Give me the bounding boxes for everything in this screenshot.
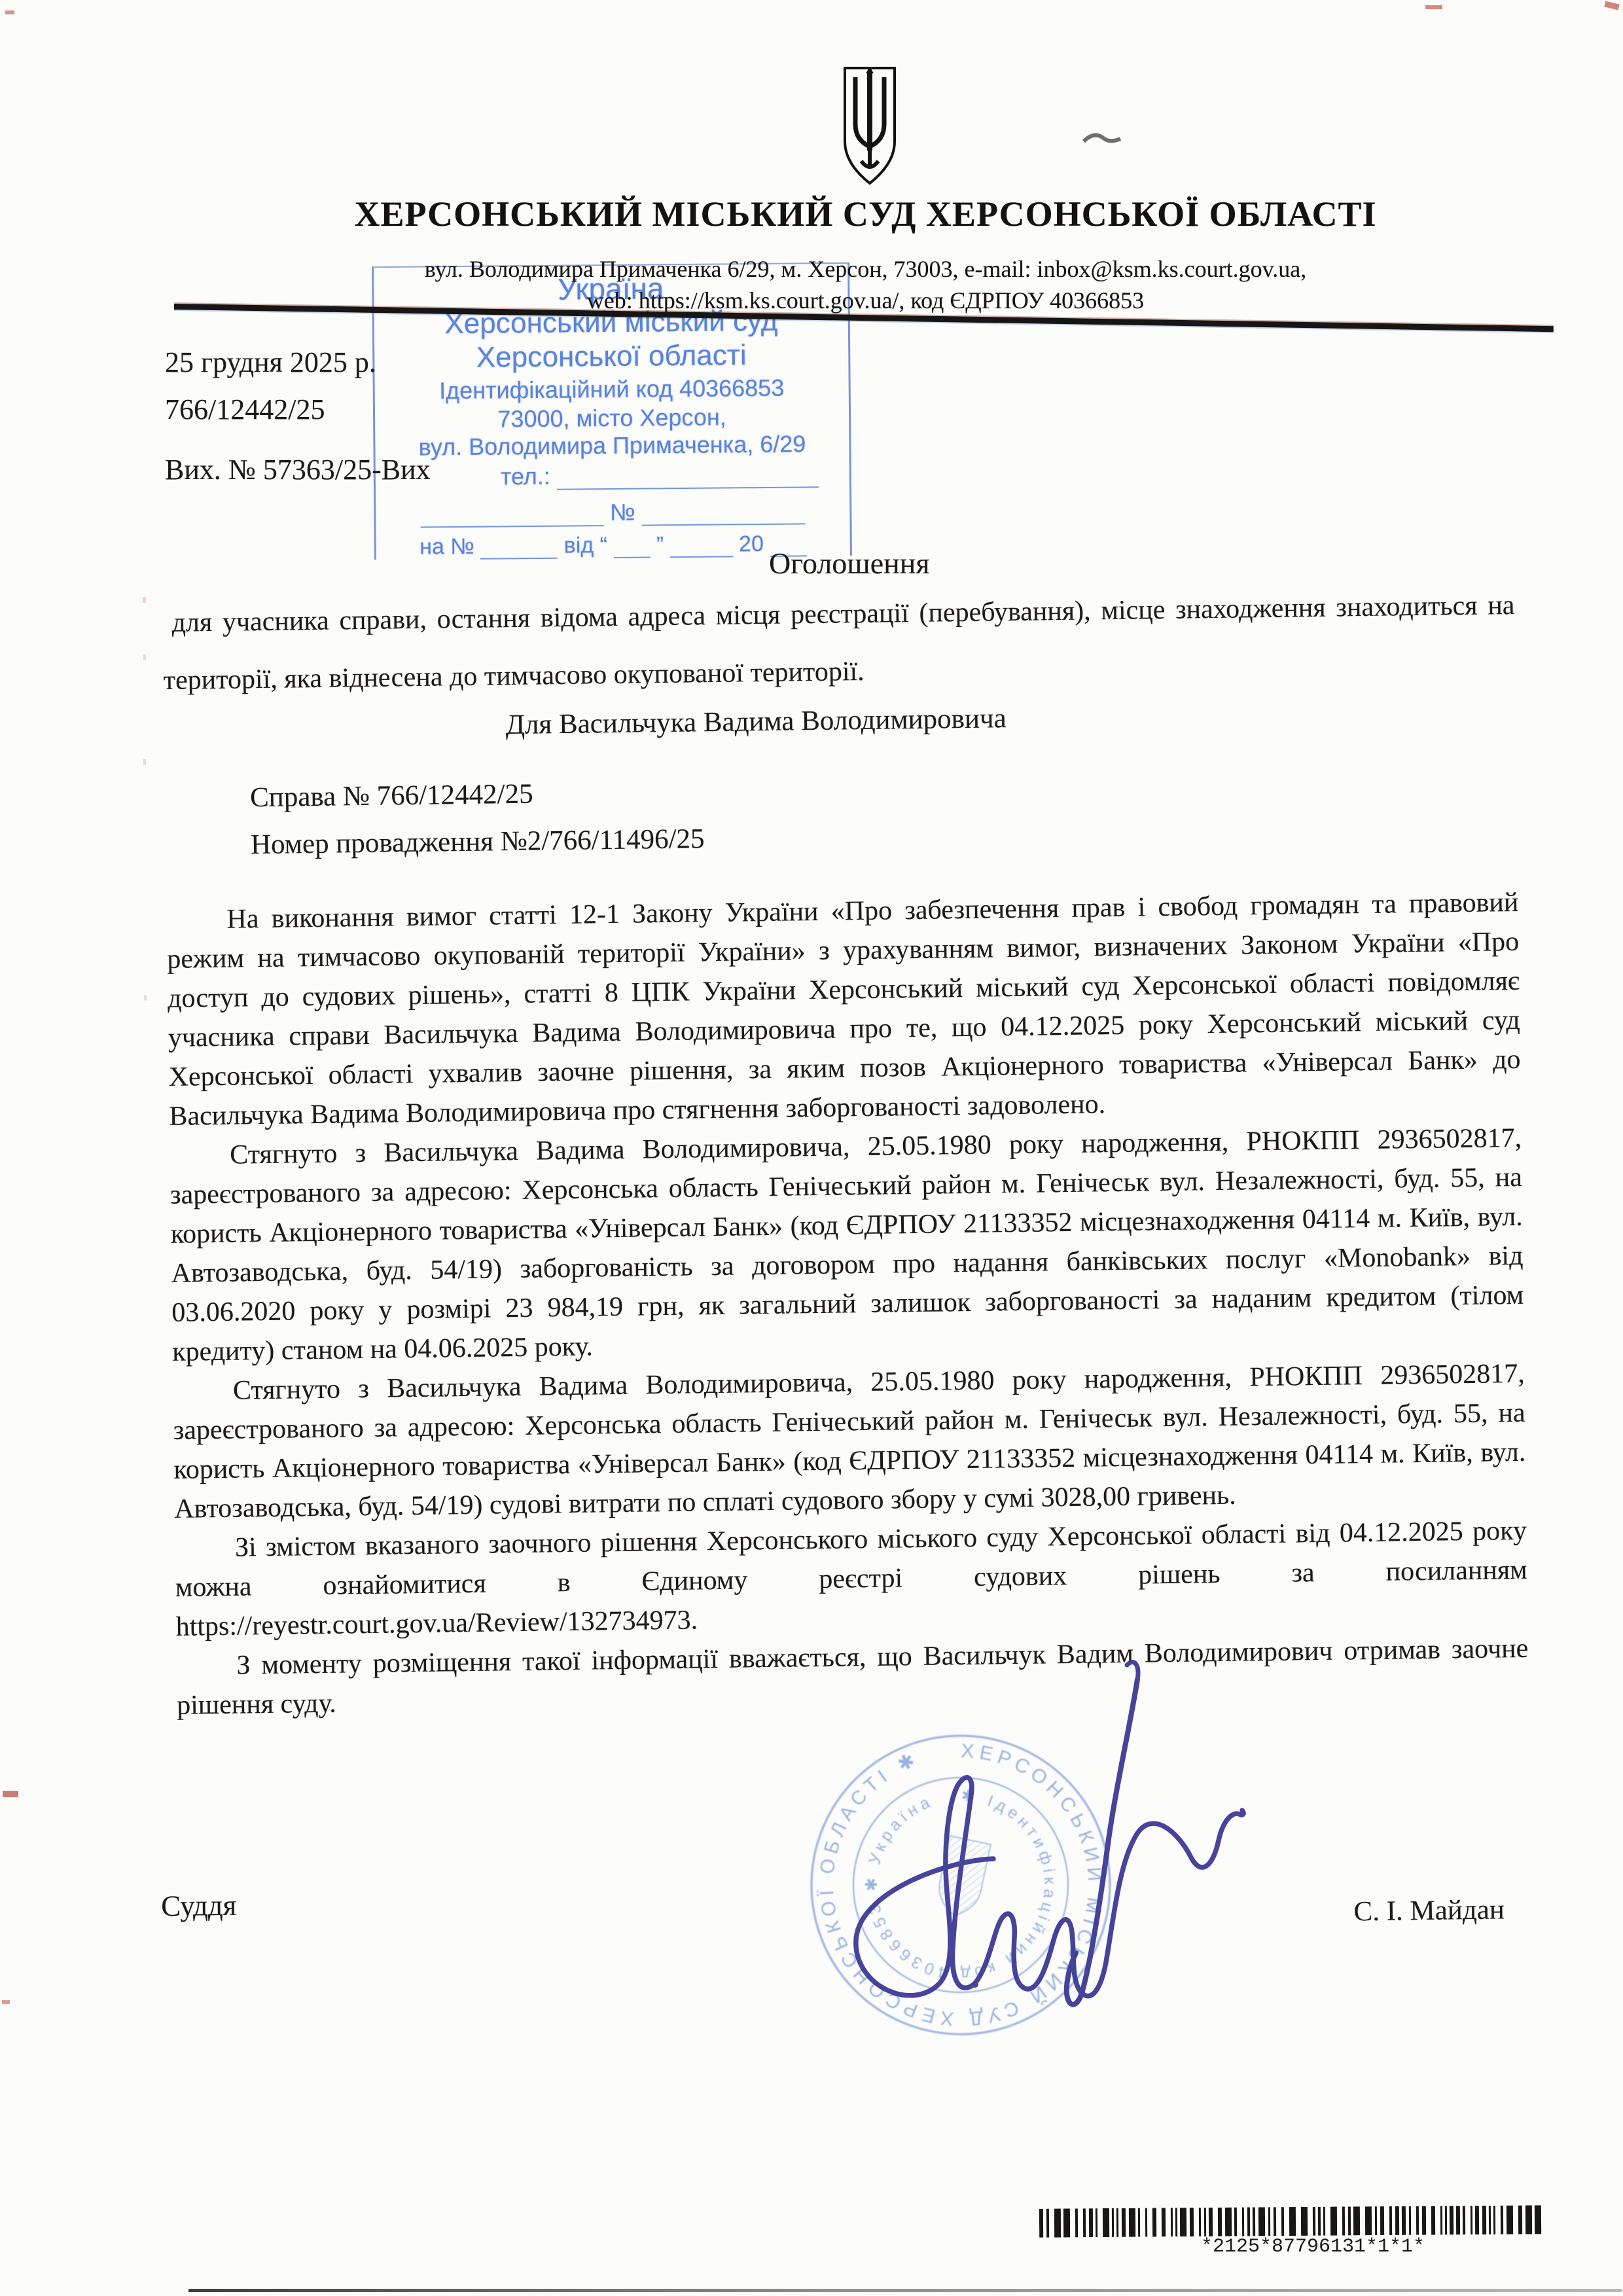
barcode-bar: [1112, 2208, 1114, 2237]
barcode-bar: [1063, 2208, 1070, 2237]
scan-artifact: [3, 1791, 18, 1797]
stamp-tel-row: тел.:: [376, 459, 897, 492]
barcode-bar: [1129, 2208, 1135, 2237]
main-paragraphs: На виконання вимог статті 12-1 Закону Ук…: [166, 883, 1529, 1725]
barcode-bar: [1507, 2206, 1513, 2234]
paragraph-1: На виконання вимог статті 12-1 Закону Ук…: [166, 883, 1522, 1136]
barcode-bar: [1122, 2208, 1126, 2237]
paragraph-4: Зі змістом вказаного заочного рішення Хе…: [175, 1511, 1528, 1647]
barcode-bar: [1253, 2207, 1255, 2236]
ukraine-trident-icon: [840, 64, 900, 188]
barcode-bar: [1445, 2206, 1447, 2234]
scan-bottom-edge-line: [188, 2289, 1622, 2292]
barcode-bar: [1409, 2206, 1411, 2235]
barcode-bar: [1353, 2206, 1360, 2235]
barcode-bar: [1289, 2207, 1296, 2236]
barcode-bar: [1422, 2206, 1426, 2235]
barcode-bar: [1180, 2208, 1186, 2236]
document-body: для учасника справи, остання відома адре…: [162, 577, 1532, 1967]
barcode-bar: [1535, 2205, 1541, 2234]
barcode-bar: [1209, 2208, 1213, 2236]
scan-artifact: [143, 597, 146, 603]
outgoing-number: Вих. № 57363/25-Вих: [165, 453, 431, 486]
barcode-bar: [1152, 2208, 1156, 2236]
barcode-bar: [1103, 2208, 1109, 2237]
barcode-bar: [1313, 2207, 1315, 2236]
court-name-title: ХЕРСОНСЬКИЙ МІСЬКИЙ СУД ХЕРСОНСЬКОЇ ОБЛА…: [164, 194, 1567, 234]
barcode-bar: [1475, 2206, 1479, 2234]
barcode-bar: [1258, 2207, 1265, 2236]
barcode-bar: [1342, 2206, 1345, 2235]
stamp-street: вул. Володимира Примаченка, 6/29: [375, 430, 849, 461]
barcode-bar: [1199, 2208, 1201, 2236]
barcode-bar: [1330, 2207, 1337, 2236]
barcode-bar: [1450, 2206, 1454, 2234]
barcode-bar: [1493, 2206, 1495, 2234]
barcode-bar: [1089, 2208, 1093, 2237]
barcode-bar: [1225, 2208, 1232, 2236]
barcode-bar: [1323, 2207, 1325, 2236]
stamp-ref-blank3: [669, 533, 732, 558]
barcode: [1039, 2205, 1551, 2237]
barcode-bar: [1054, 2208, 1061, 2237]
document-title: Оголошення: [769, 546, 930, 581]
barcode-bar: [1190, 2208, 1194, 2236]
barcode-bar: [1375, 2206, 1377, 2235]
barcode-bar: [1518, 2206, 1522, 2234]
paragraph-2: Стягнуто з Васильчука Вадима Володимиров…: [169, 1119, 1525, 1372]
stamp-ref-quote: ”: [656, 532, 664, 557]
barcode-bar: [1171, 2208, 1173, 2236]
scan-artifact: [2, 2000, 10, 2004]
barcode-bar: [1463, 2206, 1465, 2234]
barcode-bar: [1389, 2206, 1392, 2235]
barcode-bar: [1204, 2208, 1206, 2236]
scan-artifact: [5, 10, 14, 14]
scan-artifact: [144, 995, 147, 1001]
stamp-ref-vid: від “: [564, 533, 608, 558]
barcode-bar: [1348, 2206, 1351, 2235]
barcode-bar: [1138, 2208, 1140, 2237]
barcode-bar: [1489, 2206, 1491, 2234]
barcode-bar: [1301, 2207, 1308, 2236]
barcode-bar: [1431, 2206, 1435, 2235]
barcode-bar: [1501, 2206, 1503, 2234]
barcode-bar: [1218, 2208, 1222, 2236]
stamp-ref-blank2: [613, 534, 650, 558]
scan-smudge: [1084, 135, 1120, 141]
stamp-id-code: Ідентифікаційний код 40366853: [375, 374, 849, 405]
barcode-bar: [1175, 2208, 1177, 2236]
barcode-bar: [1145, 2208, 1147, 2237]
barcode-bar: [1281, 2207, 1284, 2236]
barcode-bar: [1482, 2206, 1486, 2234]
stamp-no-blank-right: [642, 501, 806, 526]
barcode-text: *2125*87796131*1*1*: [1073, 2236, 1552, 2258]
barcode-bar: [1116, 2208, 1118, 2237]
barcode-bar: [1395, 2206, 1399, 2235]
stamp-ref-blank1: [480, 535, 558, 560]
stamp-court-line2: Херсонської області: [374, 338, 848, 375]
barcode-bar: [1268, 2207, 1270, 2236]
paragraph-5: З моменту розміщення такої інформації вв…: [176, 1629, 1529, 1725]
stamp-tel-blank: [557, 464, 819, 490]
barcode-bar: [1039, 2209, 1043, 2238]
judge-label: Суддя: [161, 1888, 237, 1924]
barcode-bar: [1416, 2206, 1419, 2235]
case-number-meta: 766/12442/25: [165, 393, 325, 426]
barcode-bar: [1471, 2206, 1472, 2234]
barcode-bar: [1075, 2208, 1078, 2237]
barcode-bar: [1242, 2208, 1244, 2236]
scan-artifact: [1425, 5, 1442, 9]
scan-artifact: [1604, 1, 1620, 10]
stamp-no-blank-left: [420, 503, 603, 528]
proceeding-line: Номер провадження №2/766/11496/25: [251, 812, 1518, 868]
signature-row: Суддя С. І. Майдан: [179, 1871, 1532, 1967]
document-date: 25 грудня 2025 р.: [165, 346, 376, 379]
barcode-bar: [1247, 2207, 1250, 2236]
stamp-city: 73000, місто Херсон,: [375, 403, 849, 434]
barcode-bar: [1162, 2208, 1166, 2236]
barcode-bar: [1274, 2207, 1276, 2236]
barcode-bar: [1096, 2208, 1097, 2237]
scan-artifact: [143, 655, 146, 660]
barcode-bar: [1402, 2206, 1406, 2235]
paragraph-3: Стягнуто з Васильчука Вадима Володимиров…: [173, 1354, 1527, 1529]
judge-name: С. І. Майдан: [1353, 1893, 1505, 1928]
court-address-line1: вул. Володимира Примаченка 6/29, м. Херс…: [164, 255, 1567, 283]
barcode-bar: [1525, 2205, 1532, 2234]
barcode-bar: [1234, 2208, 1237, 2236]
barcode-bar: [1083, 2208, 1086, 2237]
intro-paragraph: для учасника справи, остання відома адре…: [162, 577, 1516, 709]
addressee-line: Для Васильчука Вадима Володимировича: [505, 696, 1516, 748]
barcode-bar: [1380, 2206, 1384, 2235]
stamp-ref-20: 20: [739, 531, 764, 556]
barcode-bar: [1456, 2206, 1460, 2234]
barcode-bar: [1046, 2209, 1049, 2238]
scan-artifact: [143, 759, 146, 765]
stamp-ref-na: на №: [419, 534, 474, 560]
scanned-court-document: Україна Херсонський міський суд Херсонсь…: [0, 0, 1623, 2296]
stamp-no-label: №: [610, 499, 635, 526]
barcode-bar: [1440, 2206, 1442, 2234]
case-line: Справа № 766/12442/25: [250, 765, 1518, 821]
barcode-bar: [1365, 2206, 1372, 2235]
barcode-bar: [1318, 2207, 1321, 2236]
stamp-number-row: №: [376, 497, 849, 528]
stamp-tel-label: тел.:: [501, 463, 550, 490]
